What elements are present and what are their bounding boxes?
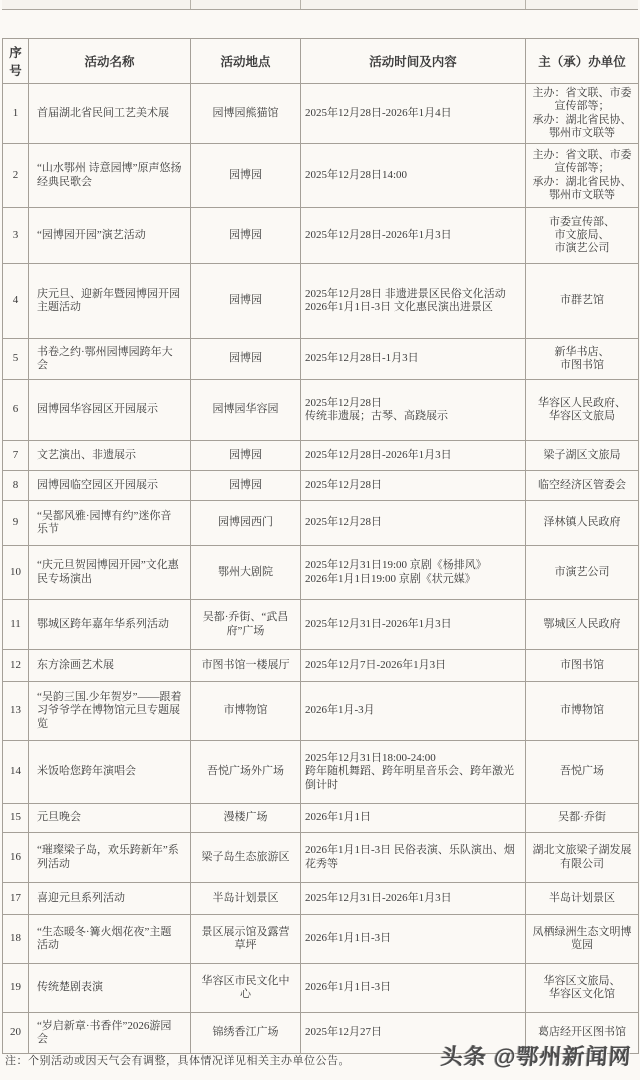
event-time-cell: 2025年12月28日-1月3日 (301, 339, 526, 380)
event-time-cell: 2025年12月31日-2026年1月3日 (301, 883, 526, 915)
event-name-cell: “山水鄂州 诗意园博”原声悠扬经典民歌会 (29, 144, 191, 208)
event-name-cell: 文艺演出、非遗展示 (29, 441, 191, 471)
row-number-cell: 17 (3, 883, 29, 915)
event-name-cell: 东方涂画艺术展 (29, 650, 191, 682)
event-organizer-cell: 主办：省文联、市委 宣传部等； 承办：湖北省民协、 鄂州市文联等 (526, 144, 639, 208)
event-location-cell: 市博物馆 (191, 682, 301, 741)
event-name-cell: 书卷之约·鄂州园博园跨年大会 (29, 339, 191, 380)
event-location-cell: 园博园 (191, 144, 301, 208)
table-row: 14 米饭哈您跨年演唱会 吾悦广场外广场 2025年12月31日18:00-24… (3, 741, 639, 804)
event-time-cell: 2025年12月28日 非遗进景区民俗文化活动 2026年1月1日-3日 文化惠… (301, 264, 526, 339)
event-organizer-cell: 市博物馆 (526, 682, 639, 741)
event-name-cell: “岁启新章·书香伴”2026游园会 (29, 1013, 191, 1054)
event-name-cell: 园博园临空园区开园展示 (29, 471, 191, 501)
table-row: 2 “山水鄂州 诗意园博”原声悠扬经典民歌会 园博园 2025年12月28日14… (3, 144, 639, 208)
event-location-cell: 园博园西门 (191, 501, 301, 546)
row-number-cell: 13 (3, 682, 29, 741)
event-time-cell: 2025年12月28日 传统非遗展；古琴、高跷展示 (301, 380, 526, 441)
event-organizer-cell: 湖北文旅梁子湖发展 有限公司 (526, 833, 639, 883)
table-row: 16 “璀璨梁子岛，欢乐跨新年”系列活动 梁子岛生态旅游区 2026年1月1日-… (3, 833, 639, 883)
table-row: 8 园博园临空园区开园展示 园博园 2025年12月28日 临空经济区管委会 (3, 471, 639, 501)
event-organizer-cell: 市演艺公司 (526, 546, 639, 600)
event-organizer-cell: 华容区文旅局、 华容区文化馆 (526, 964, 639, 1013)
event-time-cell: 2025年12月31日-2026年1月3日 (301, 600, 526, 650)
table-row: 9 “吴都风雅·园博有约”迷你音乐节 园博园西门 2025年12月28日 泽林镇… (3, 501, 639, 546)
event-organizer-cell: 泽林镇人民政府 (526, 501, 639, 546)
header-event-time-content: 活动时间及内容 (301, 39, 526, 84)
event-organizer-cell: 吴都·乔街 (526, 804, 639, 833)
event-name-cell: 元旦晚会 (29, 804, 191, 833)
event-time-cell: 2026年1月1日-3日 (301, 915, 526, 964)
event-time-cell: 2025年12月28日 (301, 501, 526, 546)
event-location-cell: 梁子岛生态旅游区 (191, 833, 301, 883)
table-row: 10 “庆元旦贺园博园开园”文化惠民专场演出 鄂州大剧院 2025年12月31日… (3, 546, 639, 600)
event-location-cell: 吾悦广场外广场 (191, 741, 301, 804)
table-row: 13 “吴韵三国.少年贺岁”——跟着习爷爷学在博物馆元旦专题展览 市博物馆 20… (3, 682, 639, 741)
table-row: 15 元旦晚会 漫楼广场 2026年1月1日 吴都·乔街 (3, 804, 639, 833)
header-serial-number: 序号 (3, 39, 29, 84)
event-organizer-cell: 市委宣传部、 市文旅局、 市演艺公司 (526, 208, 639, 264)
event-location-cell: 园博园 (191, 441, 301, 471)
event-name-cell: “吴韵三国.少年贺岁”——跟着习爷爷学在博物馆元旦专题展览 (29, 682, 191, 741)
event-time-cell: 2026年1月-3月 (301, 682, 526, 741)
event-name-cell: “璀璨梁子岛，欢乐跨新年”系列活动 (29, 833, 191, 883)
row-number-cell: 18 (3, 915, 29, 964)
event-organizer-cell: 吾悦广场 (526, 741, 639, 804)
event-time-cell: 2026年1月1日 (301, 804, 526, 833)
event-location-cell: 园博园 (191, 264, 301, 339)
row-number-cell: 14 (3, 741, 29, 804)
event-organizer-cell: 半岛计划景区 (526, 883, 639, 915)
row-number-cell: 19 (3, 964, 29, 1013)
event-location-cell: 市图书馆一楼展厅 (191, 650, 301, 682)
row-number-cell: 20 (3, 1013, 29, 1054)
row-number-cell: 15 (3, 804, 29, 833)
table-row: 19 传统楚剧表演 华容区市民文化中心 2026年1月1日-3日 华容区文旅局、… (3, 964, 639, 1013)
table-row: 4 庆元旦、迎新年暨园博园开园主题活动 园博园 2025年12月28日 非遗进景… (3, 264, 639, 339)
event-time-cell: 2026年1月1日-3日 (301, 964, 526, 1013)
event-location-cell: 园博园 (191, 339, 301, 380)
row-number-cell: 6 (3, 380, 29, 441)
table-row: 12 东方涂画艺术展 市图书馆一楼展厅 2025年12月7日-2026年1月3日… (3, 650, 639, 682)
event-name-cell: 首届湖北省民间工艺美术展 (29, 84, 191, 144)
event-location-cell: 园博园 (191, 471, 301, 501)
table-row: 7 文艺演出、非遗展示 园博园 2025年12月28日-2026年1月3日 梁子… (3, 441, 639, 471)
event-organizer-cell: 临空经济区管委会 (526, 471, 639, 501)
table-header-row: 序号 活动名称 活动地点 活动时间及内容 主（承）办单位 (3, 39, 639, 84)
table-row: 11 鄂城区跨年嘉年华系列活动 吴都·乔街、“武昌府”广场 2025年12月31… (3, 600, 639, 650)
event-organizer-cell: 梁子湖区文旅局 (526, 441, 639, 471)
event-location-cell: 鄂州大剧院 (191, 546, 301, 600)
event-time-cell: 2025年12月28日 (301, 471, 526, 501)
event-time-cell: 2025年12月28日14:00 (301, 144, 526, 208)
table-row: 1 首届湖北省民间工艺美术展 园博园熊猫馆 2025年12月28日-2026年1… (3, 84, 639, 144)
new-year-events-table: 序号 活动名称 活动地点 活动时间及内容 主（承）办单位 1 首届湖北省民间工艺… (2, 38, 639, 1054)
event-location-cell: 园博园华容园 (191, 380, 301, 441)
cropped-column-border (300, 0, 301, 9)
event-time-cell: 2025年12月31日19:00 京剧《杨排风》 2026年1月1日19:00 … (301, 546, 526, 600)
event-organizer-cell: 华容区人民政府、 华容区文旅局 (526, 380, 639, 441)
event-location-cell: 华容区市民文化中心 (191, 964, 301, 1013)
cropped-table-edge (2, 0, 638, 10)
row-number-cell: 5 (3, 339, 29, 380)
event-name-cell: 庆元旦、迎新年暨园博园开园主题活动 (29, 264, 191, 339)
event-location-cell: 园博园熊猫馆 (191, 84, 301, 144)
table-row: 5 书卷之约·鄂州园博园跨年大会 园博园 2025年12月28日-1月3日 新华… (3, 339, 639, 380)
event-name-cell: “庆元旦贺园博园开园”文化惠民专场演出 (29, 546, 191, 600)
table-row: 17 喜迎元旦系列活动 半岛计划景区 2025年12月31日-2026年1月3日… (3, 883, 639, 915)
event-location-cell: 半岛计划景区 (191, 883, 301, 915)
row-number-cell: 16 (3, 833, 29, 883)
event-name-cell: 园博园华容园区开园展示 (29, 380, 191, 441)
row-number-cell: 9 (3, 501, 29, 546)
row-number-cell: 4 (3, 264, 29, 339)
event-time-cell: 2025年12月28日-2026年1月3日 (301, 208, 526, 264)
event-organizer-cell: 新华书店、 市图书馆 (526, 339, 639, 380)
event-organizer-cell: 市图书馆 (526, 650, 639, 682)
event-name-cell: 鄂城区跨年嘉年华系列活动 (29, 600, 191, 650)
event-organizer-cell: 凤栖绿洲生态文明博 览园 (526, 915, 639, 964)
event-time-cell: 2025年12月31日18:00-24:00 跨年随机舞蹈、跨年明星音乐会、跨年… (301, 741, 526, 804)
row-number-cell: 3 (3, 208, 29, 264)
event-location-cell: 漫楼广场 (191, 804, 301, 833)
event-organizer-cell: 鄂城区人民政府 (526, 600, 639, 650)
event-location-cell: 景区展示馆及露营草坪 (191, 915, 301, 964)
event-location-cell: 吴都·乔街、“武昌府”广场 (191, 600, 301, 650)
row-number-cell: 7 (3, 441, 29, 471)
event-organizer-cell: 主办：省文联、市委 宣传部等； 承办：湖北省民协、 鄂州市文联等 (526, 84, 639, 144)
header-event-location: 活动地点 (191, 39, 301, 84)
watermark-ezhou-news: 头条 @鄂州新闻网 (440, 1040, 633, 1071)
event-location-cell: 锦绣香江广场 (191, 1013, 301, 1054)
event-name-cell: “生态暖冬·篝火烟花夜”主题活动 (29, 915, 191, 964)
header-organizer: 主（承）办单位 (526, 39, 639, 84)
row-number-cell: 11 (3, 600, 29, 650)
event-name-cell: “园博园开园”演艺活动 (29, 208, 191, 264)
event-time-cell: 2025年12月7日-2026年1月3日 (301, 650, 526, 682)
event-time-cell: 2025年12月28日-2026年1月3日 (301, 441, 526, 471)
cropped-column-border (190, 0, 191, 9)
row-number-cell: 2 (3, 144, 29, 208)
event-name-cell: “吴都风雅·园博有约”迷你音乐节 (29, 501, 191, 546)
row-number-cell: 8 (3, 471, 29, 501)
header-event-name: 活动名称 (29, 39, 191, 84)
row-number-cell: 12 (3, 650, 29, 682)
table-row: 6 园博园华容园区开园展示 园博园华容园 2025年12月28日 传统非遗展；古… (3, 380, 639, 441)
table-row: 3 “园博园开园”演艺活动 园博园 2025年12月28日-2026年1月3日 … (3, 208, 639, 264)
event-time-cell: 2026年1月1日-3日 民俗表演、乐队演出、烟花秀等 (301, 833, 526, 883)
event-time-cell: 2025年12月28日-2026年1月4日 (301, 84, 526, 144)
footnote: 注：个别活动或因天气会有调整，具体情况详见相关主办单位公告。 (5, 1052, 350, 1068)
cropped-column-border (525, 0, 526, 9)
event-name-cell: 米饭哈您跨年演唱会 (29, 741, 191, 804)
row-number-cell: 10 (3, 546, 29, 600)
event-location-cell: 园博园 (191, 208, 301, 264)
table-row: 18 “生态暖冬·篝火烟花夜”主题活动 景区展示馆及露营草坪 2026年1月1日… (3, 915, 639, 964)
event-organizer-cell: 市群艺馆 (526, 264, 639, 339)
event-name-cell: 喜迎元旦系列活动 (29, 883, 191, 915)
event-name-cell: 传统楚剧表演 (29, 964, 191, 1013)
row-number-cell: 1 (3, 84, 29, 144)
